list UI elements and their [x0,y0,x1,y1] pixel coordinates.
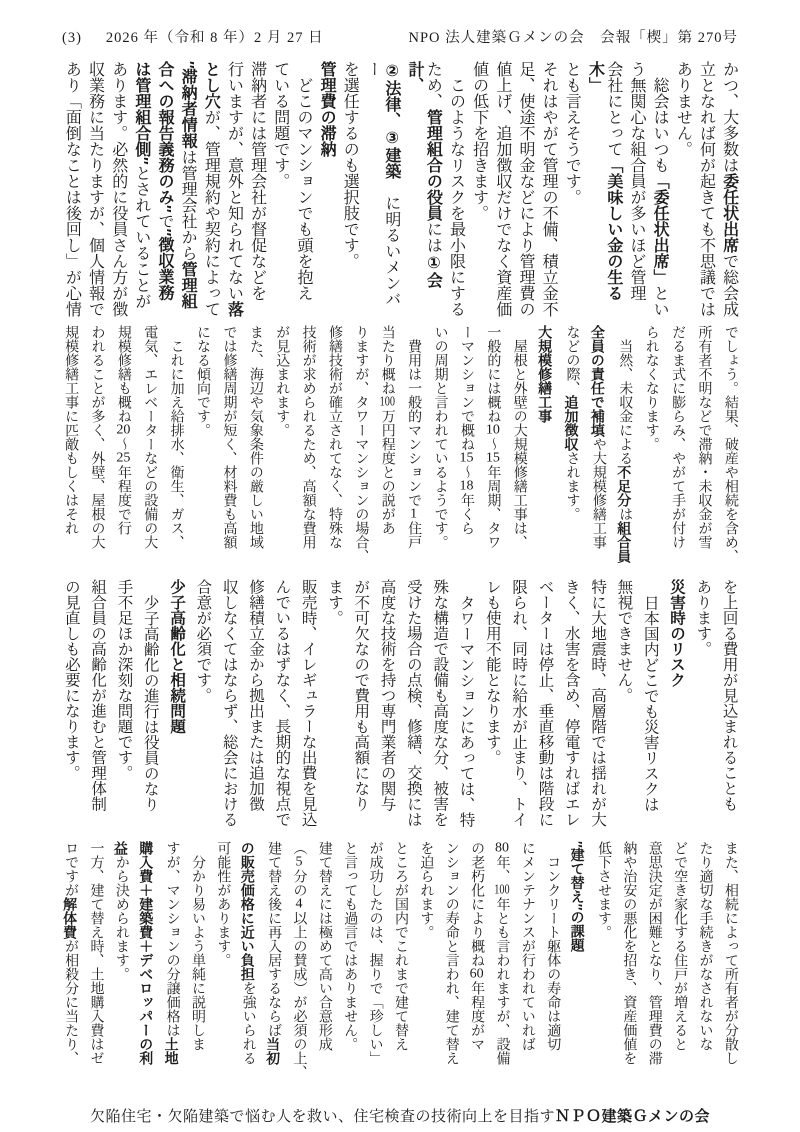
text-column: 低下させます。 [595,841,611,1087]
text-column: られなくなります。 [643,325,659,567]
text-column: 一方、建て替え時、土地購入費はゼ [87,841,103,1087]
text-column: また、相続によって所有者が分散し [722,841,738,1087]
text-column: を選任するのも選択肢です。 [340,61,358,319]
text-column: 80年、100年とも言われますが、設備 [493,841,509,1087]
text-column: 屋根と外壁の大規模修繕工事は、 [511,325,527,567]
text-column: 組合員の高齢化が進むと管理体制 [88,579,106,831]
text-column: 受けた場合の点検、修繕、交換には [404,579,422,831]
text-column: 滞納者には管理会社が督促などを [247,61,265,319]
text-column: 全員の責任で補填や大規模修繕工事 [590,325,606,567]
text-column: を迫られます。 [417,841,433,1087]
text-column: 合への報告義務のみ″で″徴収業務 [155,61,173,319]
text-column: 値上げ、追加徴収だけでなく資産価 [492,61,510,319]
text-column: 電気、エレベーターなどの設備の大 [141,325,157,567]
text-column: を上回る費用が見込まれることも [720,579,738,831]
page-number: (3) [62,30,82,47]
text-band-1: かつ、大多数は委任状出席で総会成立となれば何が起きても不思議ではありません。総会… [62,61,738,319]
text-column: 規模修繕も概ね20〜25年程度で行 [115,325,131,567]
text-column: 購入費＋建築費＋デベロッパーの利 [138,841,154,1087]
newsletter-page: (3) 2026 年（令和 8 年）2 月 27 日 NPO 法人建築Ｇメンの会… [0,0,800,1132]
text-column: んでいるはずなく、長期的な視点で [273,579,291,831]
text-column: きく、水害を含め、停電すればエレ [562,579,580,831]
text-column: あり「面倒なことは後回し」が心情 [62,61,80,319]
text-column: 費用は一般的マンションで1住戸 [405,325,421,567]
text-column: あります。 [694,579,712,831]
section-heading: 大規模修繕工事 [537,325,553,567]
text-column: 合意が必須です。 [194,579,212,831]
text-column: だるま式に膨らみ、やがて手が付け [669,325,685,567]
section-heading: ″建て替え″の課題 [570,841,586,1087]
text-column: ″滞納者情報は管理会社から管理組 [178,61,196,319]
text-column: いの周期と言われているようです。 [431,325,447,567]
text-column: また、海辺や気象条件の厳しい地域 [247,325,263,567]
text-column: 無視できません。 [615,579,633,831]
publication-title: NPO 法人建築Ｇメンの会 会報「楔」第 270号 [408,26,738,47]
text-column: ーマンションで概ね15〜18年くら [458,325,474,567]
text-column: 限られ、同時に給水が止まり、トイ [509,579,527,831]
text-column: 会社にとって「美味しい金の生る木」 [585,61,622,319]
text-column: が見込まれます。 [273,325,289,567]
text-column: 特に大地震時、高層階では揺れが大 [588,579,606,831]
text-column: などの際、追加徴収されます。 [563,325,579,567]
text-column: にメンテナンスが行われていれば [519,841,535,1087]
text-column: すが、マンションの分譲価格は土地 [164,841,180,1087]
text-column: どで空き家化する住戸が増えると [671,841,687,1087]
text-column: 建て替えには極めて高い合意形成 [316,841,332,1087]
text-column: 分かり易いよう単純に説明しま [189,841,205,1087]
issue-date: 2026 年（令和 8 年）2 月 27 日 [106,26,324,47]
text-column: ありません。 [673,61,691,319]
text-column: では修繕周期が短く、材料費も高額 [220,325,236,567]
text-column: このようなリスクを最小限にする [446,61,464,319]
text-band-4: また、相続によって所有者が分散したり適切な手続きがなされないなどで空き家化する住… [62,841,738,1087]
text-column: とし穴が、管理規約や契約によって [201,61,219,319]
text-column: たり適切な手続きがなされないな [696,841,712,1087]
text-column: 足、使途不明金などにより管理費の [516,61,534,319]
text-column: あります。必然的に役員さん方が徴 [108,61,126,319]
text-column: ため、管理組合の役員には①会計、 [405,61,442,319]
text-column: レも使用不能となります。 [483,579,501,831]
section-heading: 災害時のリスク [667,579,685,831]
text-column: 所有者不明などで滞納・未収金が雪 [695,325,711,567]
text-column: ている問題です。 [270,61,288,319]
text-column: 殊な構造で設備も高度な分、被害を [430,579,448,831]
text-column: 日本国内どこでも災害リスクは [641,579,659,831]
text-column: う無関心な組合員が多いほど管理 [627,61,645,319]
text-column: 規模修繕工事に匹敵もしくはそれ [62,325,78,567]
text-column: 可能性があります。 [214,841,230,1087]
text-column: 技術が求められるため、高額な費用 [300,325,316,567]
page-header: (3) 2026 年（令和 8 年）2 月 27 日 NPO 法人建築Ｇメンの会… [62,26,738,47]
text-column: 修繕技術が確立されてなく、特殊な [326,325,342,567]
text-column: は管理組合側″とされていることが [131,61,149,319]
text-column: それはやがて管理の不備、積立金不 [539,61,557,319]
text-column: 収業務に当たりますが、個人情報で [85,61,103,319]
text-column: りますが、タワーマンションの場合、 [352,325,368,567]
text-column: 納や治安の悪化を招き、資産価値を [620,841,636,1087]
text-column: 値の低下を招きます。 [469,61,487,319]
text-band-3: を上回る費用が見込まれることもあります。災害時のリスク日本国内どこでも災害リスク… [62,579,738,831]
text-column: 販売時、イレギュラーな出費を見込 [299,579,317,831]
text-column: 意思決定が困難となり、管理費の滞 [646,841,662,1087]
article-body: かつ、大多数は委任状出席で総会成立となれば何が起きても不思議ではありません。総会… [62,61,738,1087]
text-column: 修繕積立金から拠出または追加徴 [246,579,264,831]
text-column: 総会はいつも「委任状出席」とい [650,61,668,319]
text-column: の老朽化により概ね60年程度がマ [468,841,484,1087]
text-column: 当然、未収金による不足分は組合員 [616,325,632,567]
text-column: 益から決められます。 [113,841,129,1087]
text-column: ます。 [325,579,343,831]
text-column: でしょう。結果、破産や相続を含め、 [722,325,738,567]
text-column: が不可欠なので費用も高額になり [351,579,369,831]
text-column: の見直しも必要になります。 [62,579,80,831]
text-column: ロですが解体費が相殺分に当たり、 [62,841,78,1087]
text-column: われることが多く、外壁、屋根の大 [88,325,104,567]
footer-tagline: 欠陥住宅・欠陥建築で悩む人を救い、住宅検査の技術向上を目指す [90,1109,555,1125]
text-column: と言っても過言ではありません。 [341,841,357,1087]
text-column: 収しなくてはならず、総会における [220,579,238,831]
text-column: ンションの寿命と言われ、建て替え [443,841,459,1087]
text-column: ところが国内でこれまで建て替え [392,841,408,1087]
text-column: の販売価格に近い負担を強いられる [240,841,256,1087]
text-column: 行いますが、意外と知られてない落 [224,61,242,319]
footer-org-name: ＮＰＯ建築Ｇメンの会 [555,1108,710,1125]
text-column: 一般的には概ね10〜15年周期、タワ [484,325,500,567]
text-column: これに加え給排水、衛生、ガス、 [168,325,184,567]
text-column: とも言えそうです。 [562,61,580,319]
section-heading: 管理費の滞納 [317,61,335,319]
text-column: 立となれば何が起きても不思議では [696,61,714,319]
text-column: 高度な技術を持つ専門業者の関与 [378,579,396,831]
page-footer: 欠陥住宅・欠陥建築で悩む人を救い、住宅検査の技術向上を目指すＮＰＯ建築Ｇメンの会 [62,1105,738,1126]
section-heading: 少子高齢化と相続問題 [167,579,185,831]
text-column: コンクリート躯体の寿命は適切 [544,841,560,1087]
text-column: 当たり概ね100万円程度との説があ [379,325,395,567]
text-column: 建て替え後に再入居するならば当初 [265,841,281,1087]
text-column: かつ、大多数は委任状出席で総会成 [719,61,737,319]
text-column: 手不足ほか深刻な問題です。 [115,579,133,831]
text-column: 少子高齢化の進行は役員のなり [141,579,159,831]
text-column: どこのマンションでも頭を抱え [294,61,312,319]
text-column: ②法律、③建築 に明るいメンバー [363,61,400,319]
text-column: が成功したのは、握りで「珍しい」 [367,841,383,1087]
text-column: になる傾向です。 [194,325,210,567]
text-band-2: でしょう。結果、破産や相続を含め、所有者不明などで滞納・未収金が雪だるま式に膨ら… [62,325,738,567]
text-column: ベーターは停止、垂直移動は階段に [536,579,554,831]
text-column: タワーマンションにあっては、特 [457,579,475,831]
text-column: （5分の4以上の賛成）が必須の上、 [290,841,306,1087]
